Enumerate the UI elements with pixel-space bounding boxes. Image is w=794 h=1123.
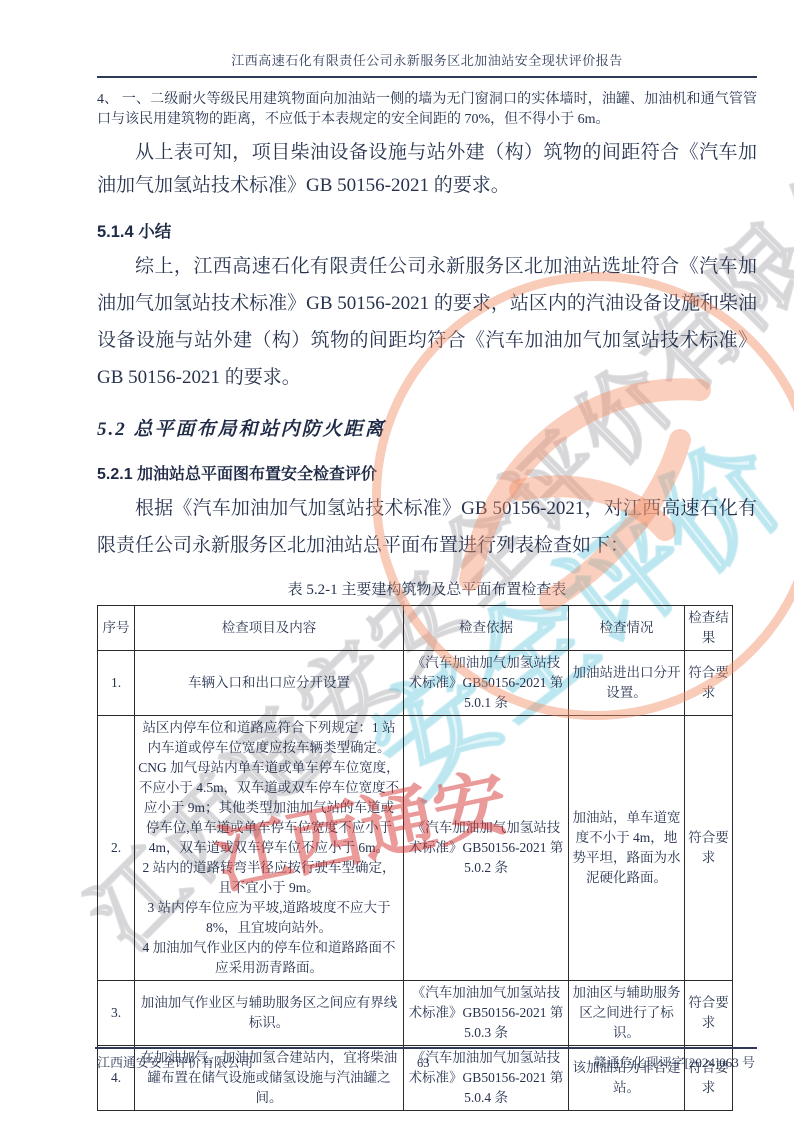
table-cell: 车辆入口和出口应分开设置 (135, 651, 404, 716)
table-row: 2. 站区内停车位和道路应符合下列规定：1 站内车道或停车位宽度应按车辆类型确定… (98, 716, 733, 981)
table-cell: 符合要求 (685, 981, 733, 1046)
heading-5-2-1: 5.2.1 加油站总平面图布置安全检查评价 (97, 461, 757, 484)
paragraph-5-2-1-intro: 根据《汽车加油加气加氢站技术标准》GB 50156-2021，对江西高速石化有限… (97, 490, 757, 564)
footer-doc-number: 赣通危化现评字[2024]063 号 (594, 1052, 755, 1071)
col-header-situation: 检查情况 (569, 606, 685, 651)
page-footer: 江西通安安全评价有限公司 63 赣通危化现评字[2024]063 号 (97, 1052, 755, 1071)
table-cell: 2. (98, 716, 135, 981)
table-footnote: 4、 一、二级耐火等级民用建筑物面向加油站一侧的墙为无门窗洞口的实体墙时，油罐、… (97, 90, 757, 130)
report-header-title: 江西高速石化有限责任公司永新服务区北加油站安全现状评价报告 (97, 50, 757, 78)
table-cell: 符合要求 (685, 651, 733, 716)
footer-company: 江西通安安全评价有限公司 (97, 1052, 253, 1071)
layout-check-table: 序号 检查项目及内容 检查依据 检查情况 检查结果 1. 车辆入口和出口应分开设… (97, 605, 733, 1111)
document-page: 江西通安安全评价有限公司 安全评价 江西高速石化有限责任公司永新服务区北加油站安… (0, 0, 794, 1123)
table-cell: 加油加气作业区与辅助服务区之间应有界线标识。 (135, 981, 404, 1046)
paragraph-diesel-conclusion: 从上表可知，项目柴油设备设施与站外建（构）筑物的间距符合《汽车加油加气加氢站技术… (97, 136, 757, 202)
heading-5-1-4: 5.1.4 小结 (97, 218, 757, 242)
table-header-row: 序号 检查项目及内容 检查依据 检查情况 检查结果 (98, 606, 733, 651)
table-cell: 1. (98, 651, 135, 716)
table-cell: 加油站进出口分开设置。 (569, 651, 685, 716)
heading-5-2: 5.2 总平面布局和站内防火距离 (97, 414, 757, 441)
paragraph-5-1-4-summary: 综上，江西高速石化有限责任公司永新服务区北加油站选址符合《汽车加油加气加氢站技术… (97, 248, 757, 396)
col-header-item: 检查项目及内容 (135, 606, 404, 651)
table-cell: 3. (98, 981, 135, 1046)
table-row: 1. 车辆入口和出口应分开设置 《汽车加油加气加氢站技术标准》GB50156-2… (98, 651, 733, 716)
table-row: 3. 加油加气作业区与辅助服务区之间应有界线标识。 《汽车加油加气加氢站技术标准… (98, 981, 733, 1046)
table-cell: 符合要求 (685, 716, 733, 981)
footer-page-number: 63 (417, 1056, 430, 1071)
table-cell: 《汽车加油加气加氢站技术标准》GB50156-2021 第 5.0.1 条 (404, 651, 569, 716)
col-header-result: 检查结果 (685, 606, 733, 651)
table-cell: 加油区与辅助服务区之间进行了标识。 (569, 981, 685, 1046)
table-cell: 站区内停车位和道路应符合下列规定：1 站内车道或停车位宽度应按车辆类型确定。CN… (135, 716, 404, 981)
table-cell: 《汽车加油加气加氢站技术标准》GB50156-2021 第 5.0.2 条 (404, 716, 569, 981)
table-cell: 《汽车加油加气加氢站技术标准》GB50156-2021 第 5.0.3 条 (404, 981, 569, 1046)
page-content: 江西高速石化有限责任公司永新服务区北加油站安全现状评价报告 4、 一、二级耐火等… (97, 50, 757, 1111)
table-caption: 表 5.2-1 主要建构筑物及总平面布置检查表 (97, 578, 757, 599)
footer-divider (95, 1047, 757, 1049)
col-header-basis: 检查依据 (404, 606, 569, 651)
col-header-no: 序号 (98, 606, 135, 651)
table-cell: 加油站，单车道宽度不小于 4m，地势平坦，路面为水泥硬化路面。 (569, 716, 685, 981)
